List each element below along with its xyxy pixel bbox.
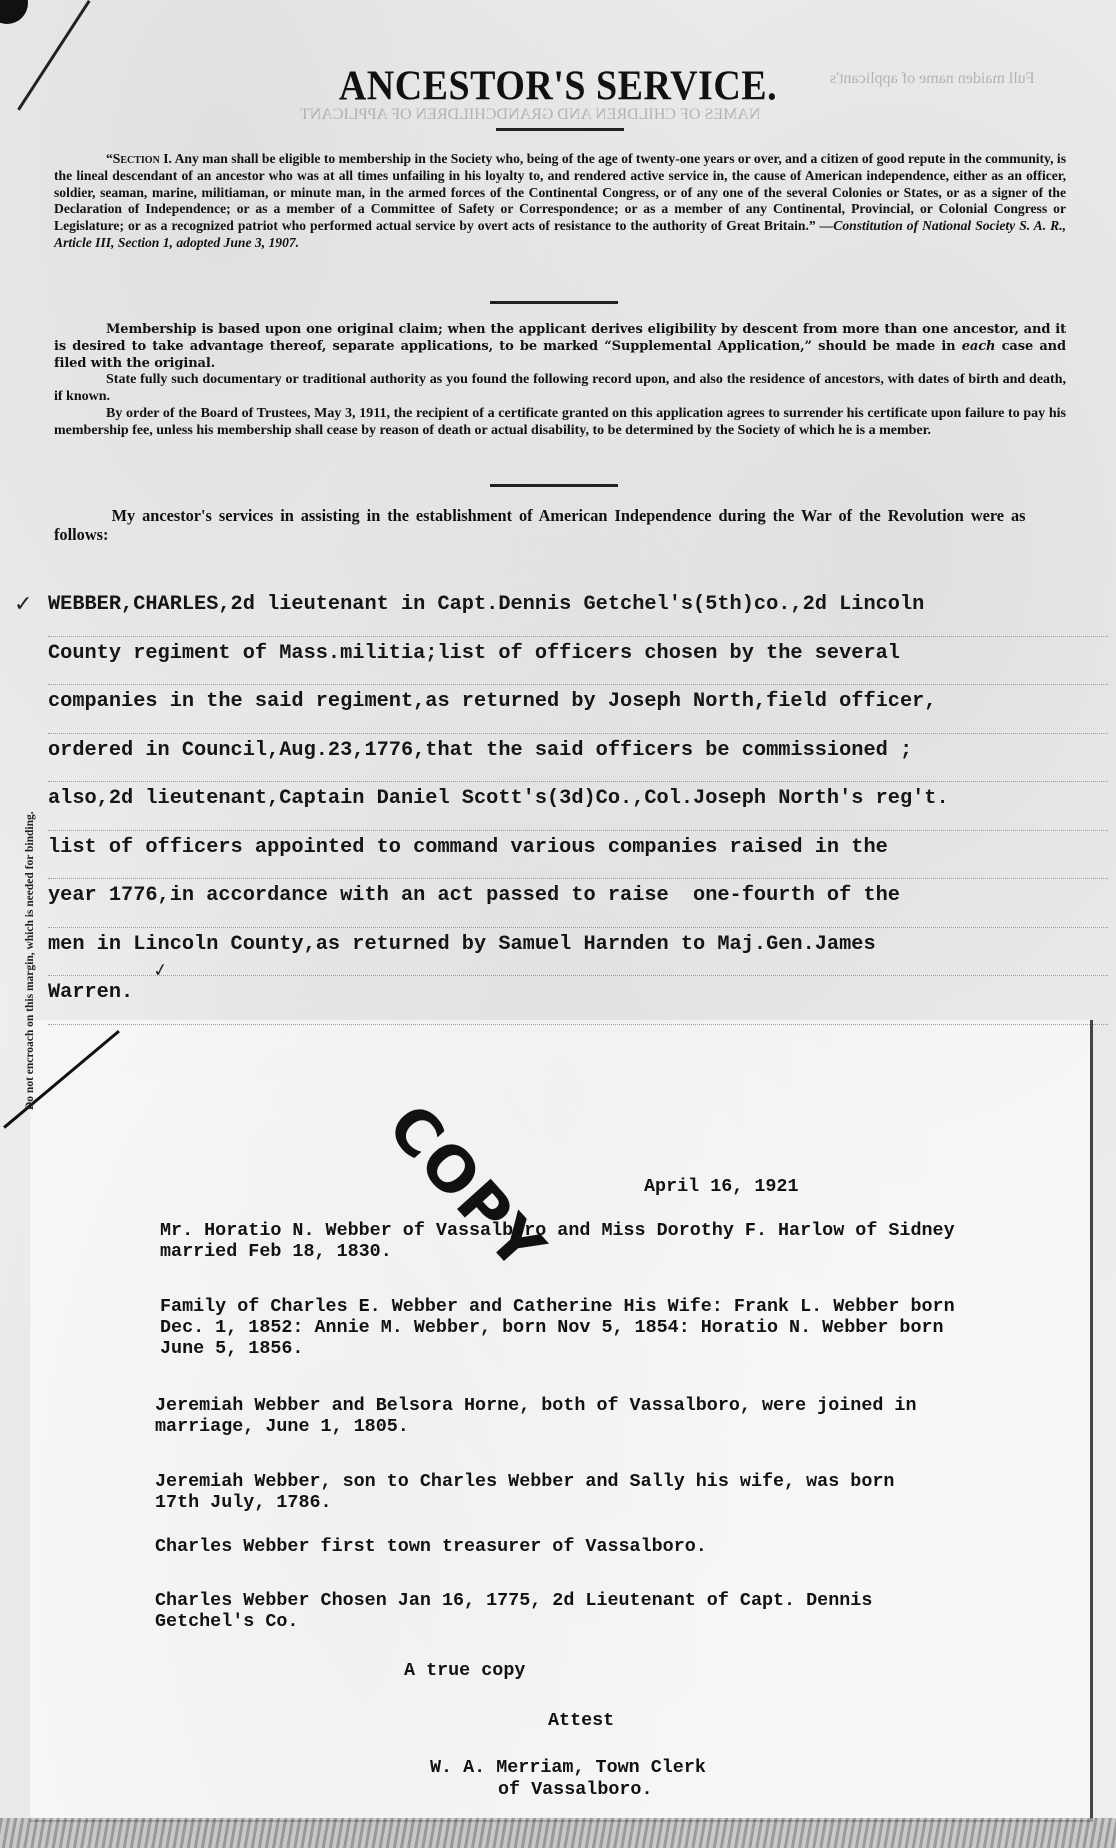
true-copy-label: A true copy <box>404 1660 525 1681</box>
services-intro: My ancestor's services in assisting in t… <box>54 506 1026 544</box>
typed-line: County regiment of Mass.militia;list of … <box>48 637 1108 686</box>
section-rule-2 <box>490 484 618 487</box>
attest-label: Attest <box>548 1710 614 1731</box>
copy-entry: Jeremiah Webber and Belsora Horne, both … <box>155 1395 917 1437</box>
typed-line: men in Lincoln County,as returned by Sam… <box>48 928 1108 977</box>
membership-para-3: By order of the Board of Trustees, May 3… <box>54 406 1066 440</box>
copy-entry: Mr. Horatio N. Webber of Vassalboro and … <box>160 1220 955 1262</box>
membership-notes: Membership is based upon one original cl… <box>54 322 1066 440</box>
copy-entry: Charles Webber Chosen Jan 16, 1775, 2d L… <box>155 1590 872 1632</box>
constitution-quote: “Section I. Any man shall be eligible to… <box>54 151 1066 252</box>
copy-entry: Jeremiah Webber, son to Charles Webber a… <box>155 1471 894 1513</box>
typed-line: list of officers appointed to command va… <box>48 831 1108 880</box>
check-mark-icon: ✓ <box>14 592 32 617</box>
copy-entry: Family of Charles E. Webber and Catherin… <box>160 1296 955 1359</box>
typed-line: year 1776,in accordance with an act pass… <box>48 879 1108 928</box>
section-rule <box>490 301 618 304</box>
title-rule <box>496 128 624 131</box>
typed-line: Warren. <box>48 976 1108 1025</box>
typed-line: also,2d lieutenant,Captain Daniel Scott'… <box>48 782 1108 831</box>
copy-date: April 16, 1921 <box>644 1176 799 1197</box>
signature-line-1: W. A. Merriam, Town Clerk <box>430 1757 706 1778</box>
page-title: ANCESTOR'S SERVICE. <box>0 61 1116 110</box>
typed-line: WEBBER,CHARLES,2d lieutenant in Capt.Den… <box>48 588 1108 637</box>
membership-para-2: State fully such documentary or traditio… <box>54 372 1066 406</box>
torn-bottom-edge <box>0 1818 1116 1848</box>
membership-para-1: Membership is based upon one original cl… <box>54 322 1066 372</box>
typed-line: companies in the said regiment,as return… <box>48 685 1108 734</box>
signature-line-2: of Vassalboro. <box>498 1779 653 1800</box>
copy-entry: Charles Webber first town treasurer of V… <box>155 1536 707 1557</box>
typed-line: ordered in Council,Aug.23,1776,that the … <box>48 734 1108 783</box>
section-label: “Section I. <box>106 151 172 166</box>
binding-margin-note: Do not encroach on this margin, which is… <box>24 811 36 1110</box>
typed-service-record: WEBBER,CHARLES,2d lieutenant in Capt.Den… <box>48 588 1108 1025</box>
